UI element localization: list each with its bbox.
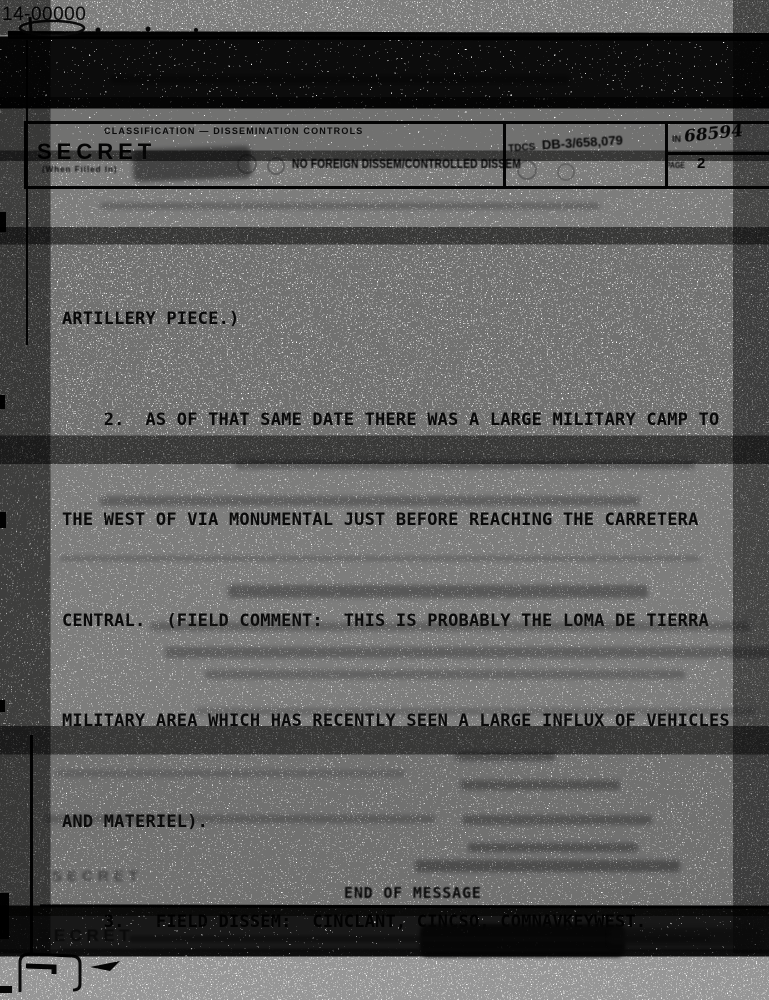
- tdcs-reference-number: TDCS DB-3/658,079: [508, 133, 624, 155]
- bleedthrough-smudge: [100, 496, 640, 506]
- scan-streak: [60, 948, 760, 952]
- bleedthrough-smudge: [45, 815, 435, 823]
- bleedthrough-smudge: [205, 670, 685, 679]
- bleedthrough-smudge: [415, 860, 680, 872]
- bleedthrough-smudge: [195, 708, 755, 715]
- classification-controls-label: CLASSIFICATION — DISSEMINATION CONTROLS: [104, 126, 404, 136]
- scan-edge-mark: [0, 395, 5, 409]
- document-scan-number: 14-00000: [2, 4, 86, 26]
- header-box-divider: [665, 121, 668, 189]
- header-box-divider: [665, 152, 769, 155]
- bleedthrough-smudge: [462, 815, 652, 825]
- scan-edge-mark: [0, 212, 6, 232]
- bleedthrough-smudge: [228, 585, 648, 598]
- body-line: 2. AS OF THAT SAME DATE THERE WAS A LARG…: [62, 404, 730, 438]
- body-line: ARTILLERY PIECE.): [62, 303, 730, 337]
- left-margin-rule: [26, 40, 28, 345]
- left-margin-rule: [30, 735, 33, 953]
- bleedthrough-smudge: [455, 752, 555, 761]
- when-filled-in-note: (When Filled In): [42, 165, 118, 174]
- scan-edge-mark: [0, 893, 9, 939]
- ghost-classification-stamp: SECRET: [52, 868, 143, 885]
- header-box-bottom-border: [24, 186, 769, 189]
- end-of-message-line: END OF MESSAGE: [344, 884, 482, 902]
- footer-classification-marking: SECRET: [38, 926, 134, 946]
- scan-edge-mark: [0, 512, 6, 528]
- ink-smudge: [132, 146, 251, 182]
- page-number: 2: [697, 155, 705, 172]
- bleedthrough-smudge: [55, 770, 405, 777]
- body-line: THE WEST OF VIA MONUMENTAL JUST BEFORE R…: [62, 504, 730, 538]
- header-box-top-border: [24, 121, 769, 124]
- scan-edge-mark: [0, 700, 5, 712]
- bleedthrough-smudge: [100, 203, 600, 209]
- scanned-document-page: 14-00000 CLASSIFICATION — DISSEMINATION …: [0, 0, 769, 1000]
- header-box-divider: [503, 121, 506, 189]
- tdcs-label: TDCS: [508, 142, 536, 155]
- bleedthrough-smudge: [110, 75, 570, 84]
- bleedthrough-smudge: [468, 843, 638, 852]
- tdcs-number: DB-3/658,079: [541, 133, 623, 153]
- bleedthrough-smudge: [460, 780, 620, 790]
- bleedthrough-smudge: [60, 556, 700, 561]
- header-box-left-border: [24, 121, 27, 189]
- bleedthrough-smudge: [165, 647, 769, 658]
- page-label: PAGE: [666, 161, 685, 170]
- scan-top-edge-bar: [8, 31, 769, 41]
- scan-streak: [610, 928, 760, 946]
- in-number-handwritten: 68594: [683, 121, 744, 147]
- bleedthrough-smudge: [235, 460, 695, 469]
- in-number-label: IN: [672, 134, 681, 144]
- dissem-control-stamp: NO FOREIGN DISSEM/CONTROLLED DISSEM: [292, 157, 472, 171]
- bleedthrough-smudge: [150, 622, 750, 631]
